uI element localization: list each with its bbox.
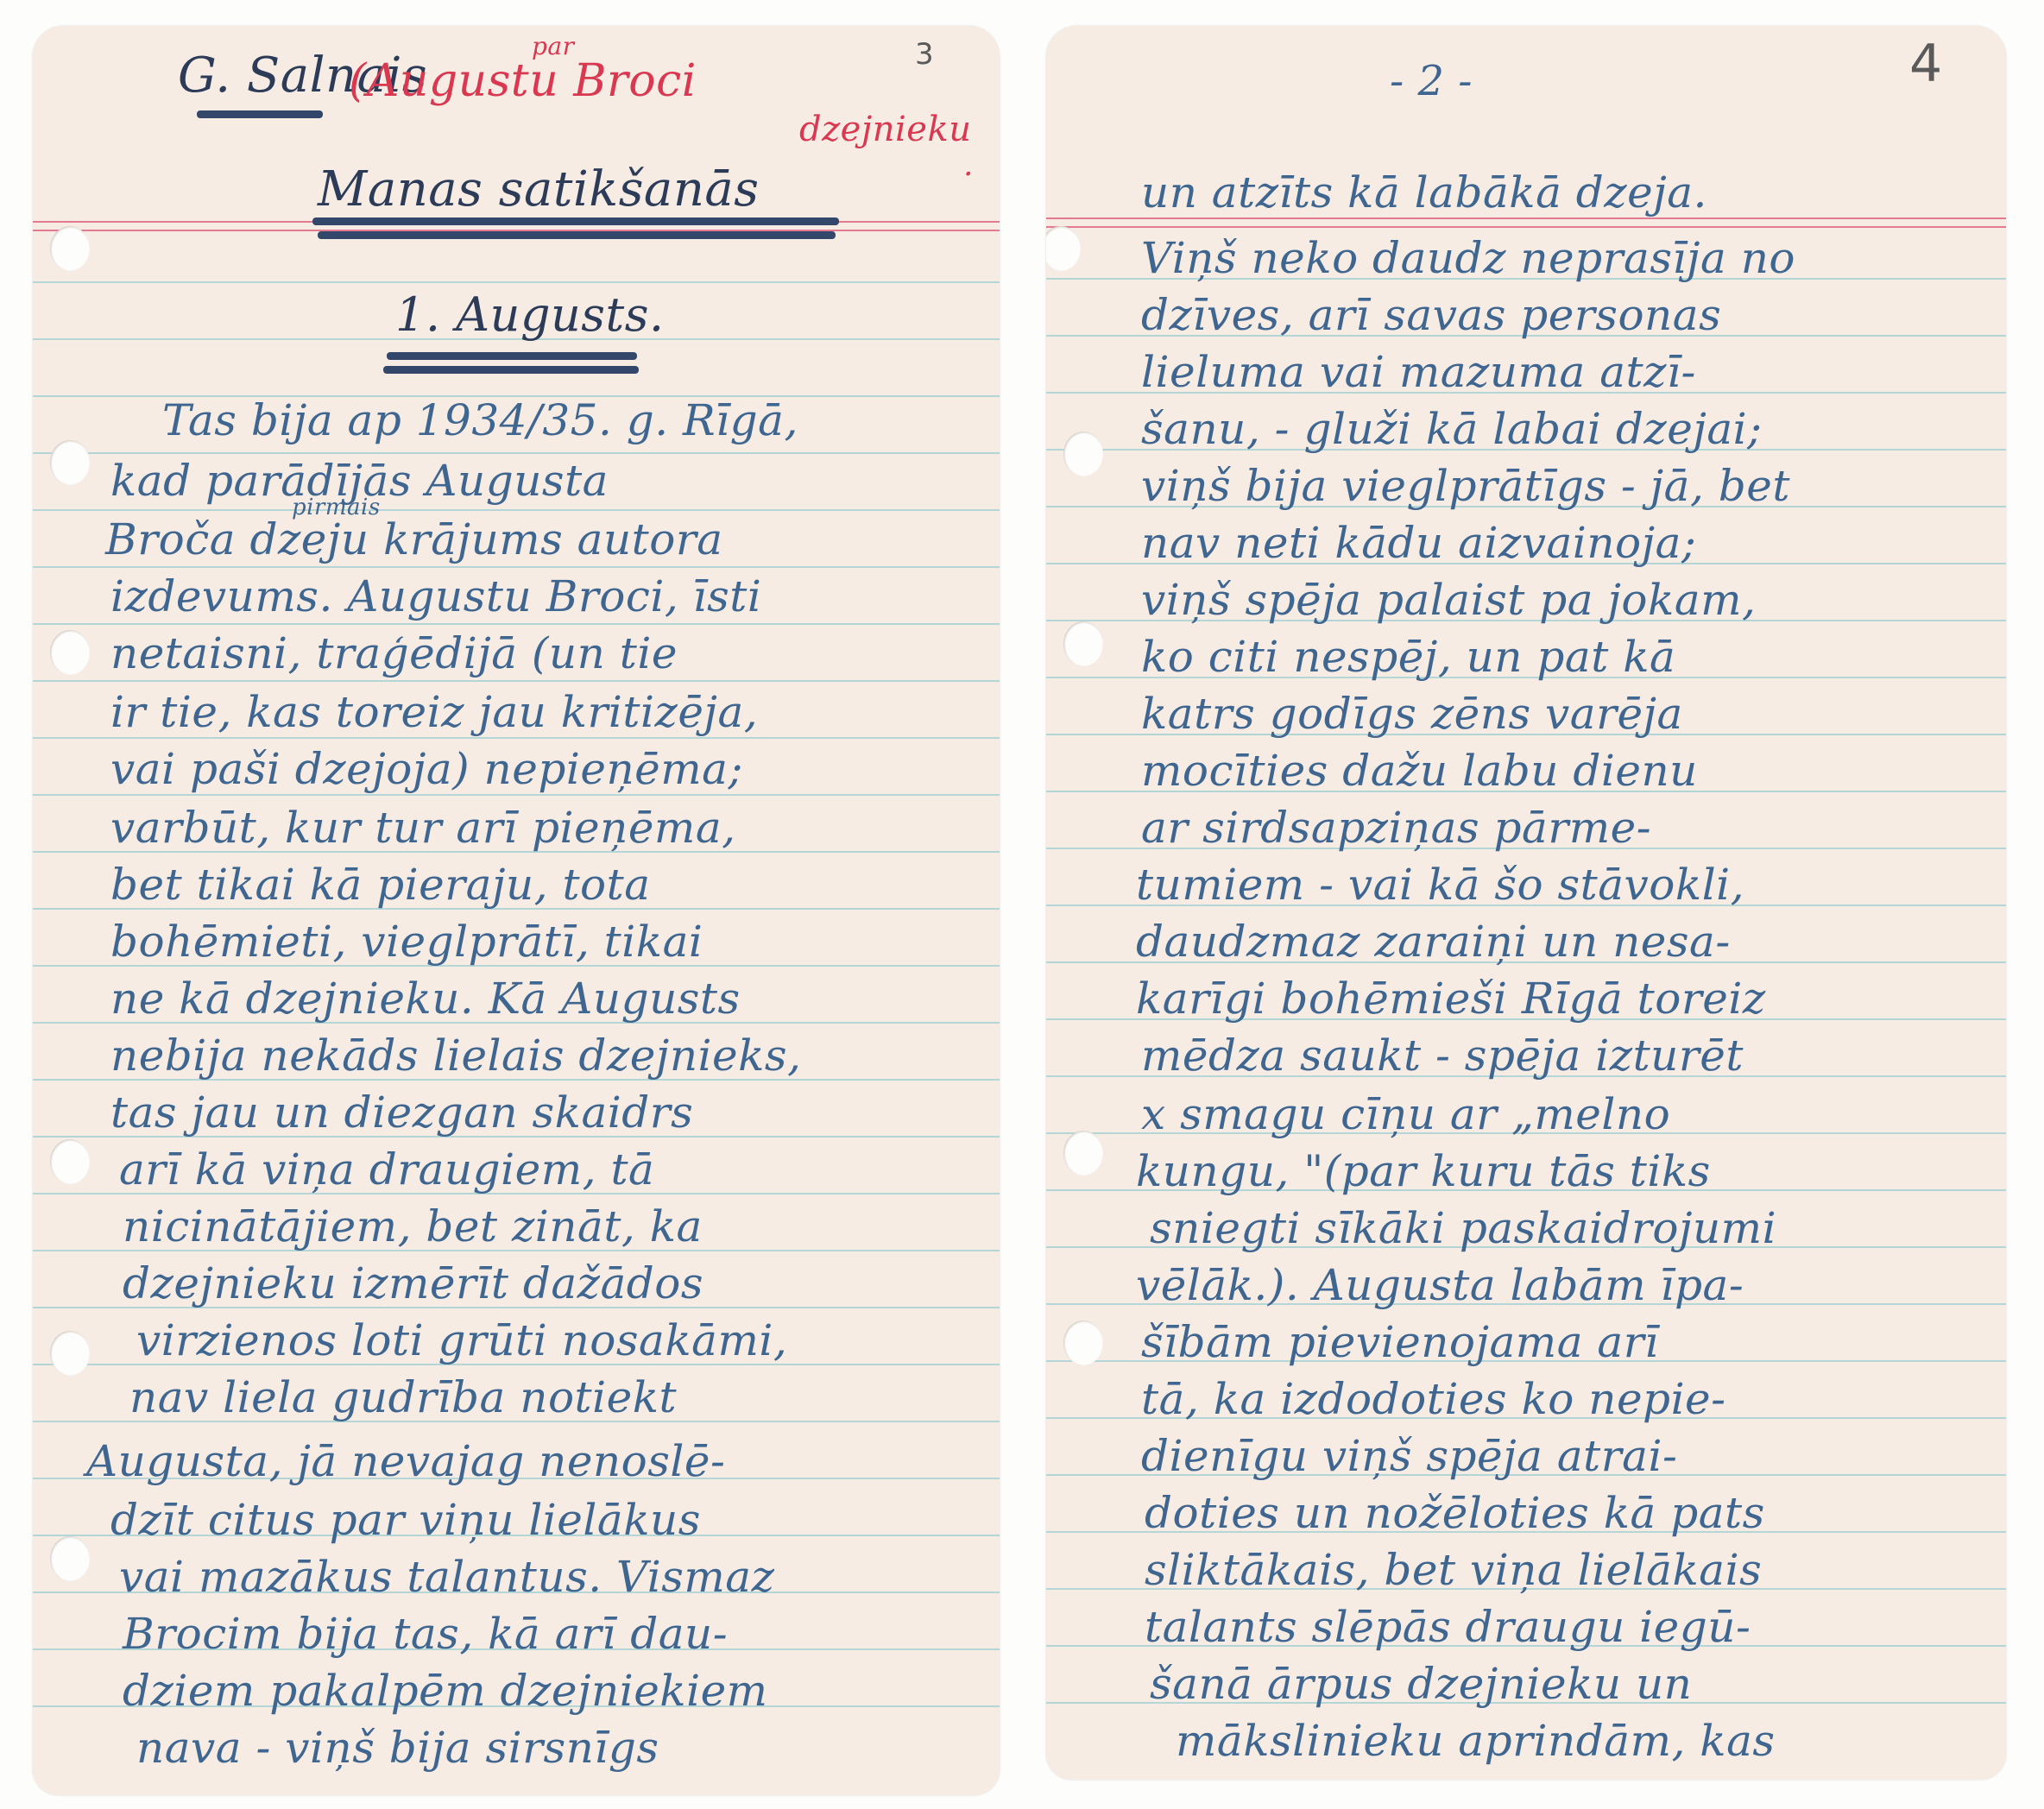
archive-page-number: 4 [1909, 38, 1943, 90]
binder-hole [50, 226, 90, 271]
manuscript-line: dziem pakalpēm dzejniekiem [123, 1669, 768, 1712]
manuscript-line: nebija nekāds lielais dzejnieks, [110, 1034, 801, 1077]
ruled-line [33, 452, 1000, 454]
manuscript-line: kungu, "(par kuru tās tiks [1136, 1150, 1711, 1193]
manuscript-line: katrs godīgs zēns varēja [1141, 692, 1683, 735]
manuscript-line: varbūt, kur tur arī pieņēma, [110, 806, 736, 849]
margin-rule [1046, 217, 2006, 219]
manuscript-line: mākslinieku aprindām, kas [1176, 1719, 1776, 1762]
ruled-line [33, 794, 1000, 796]
ruled-line [33, 737, 1000, 739]
title-underline [312, 217, 839, 225]
red-annotation-line2: dzejnieku [799, 112, 971, 147]
manuscript-page-left: G. Salnais par (Augustu Broci dzejnieku … [33, 26, 1000, 1795]
title-underline [318, 231, 836, 239]
manuscript-line: dienīgu viņš spēja atrai- [1141, 1434, 1677, 1478]
manuscript-line: vai mazākus talantus. Vismaz [119, 1555, 774, 1598]
page-label: - 2 - [1390, 60, 1473, 102]
manuscript-line: karīgi bohēmieši Rīgā toreiz [1136, 977, 1766, 1020]
manuscript-line: x smagu cīņu ar „melno [1141, 1093, 1670, 1136]
manuscript-line: mēdza saukt - spēja izturēt [1141, 1034, 1744, 1077]
manuscript-line: Brocim bija tas, kā arī dau- [123, 1612, 728, 1655]
archive-page-number: 3 [915, 40, 934, 69]
manuscript-line: nava - viņš bija sirsnīgs [136, 1726, 659, 1769]
manuscript-line: mocīties dažu labu dienu [1141, 749, 1698, 792]
manuscript-line: šībām pievienojama arī [1141, 1321, 1659, 1364]
manuscript-line: ar sirdsapziņas pārme- [1141, 806, 1651, 849]
manuscript-line: vēlāk.). Augusta labām īpa- [1136, 1264, 1744, 1307]
ruled-line [33, 623, 1000, 625]
binder-hole [1046, 226, 1081, 271]
manuscript-line: ne kā dzejnieku. Kā Augusts [110, 977, 741, 1020]
manuscript-line: arī kā viņa draugiem, tā [119, 1148, 654, 1191]
manuscript-line: Tas bija ap 1934/35. g. Rīgā, [162, 399, 798, 442]
margin-rule [1046, 226, 2006, 228]
manuscript-line: Broča dzeju krājums autora [105, 518, 723, 561]
ruled-line [33, 281, 1000, 283]
binder-hole [50, 630, 90, 675]
manuscript-line: dzīves, arī savas personas [1141, 293, 1721, 337]
manuscript-line: bohēmieti, vieglprātī, tikai [110, 920, 703, 963]
manuscript-line: viņš spēja palaist pa jokam, [1141, 578, 1756, 621]
manuscript-line: tas jau un diezgan skaidrs [110, 1091, 693, 1134]
manuscript-line: viņš bija vieglprātīgs - jā, bet [1141, 464, 1790, 507]
manuscript-line: sniegti sīkāki paskaidrojumi [1150, 1207, 1776, 1250]
manuscript-line: tā, ka izdodoties ko nepie- [1141, 1377, 1726, 1421]
chapter-underline [383, 366, 639, 374]
manuscript-line: un atzīts kā labākā dzeja. [1141, 171, 1707, 214]
manuscript-line: daudzmaz zaraiņi un nesa- [1136, 920, 1731, 963]
manuscript-line: nav liela gudrība notiekt [129, 1376, 677, 1419]
manuscript-line: kad parādījās Augusta [110, 459, 609, 502]
chapter-underline [387, 352, 637, 360]
manuscript-line: sliktākais, bet viņa lielākais [1145, 1548, 1762, 1592]
binder-hole [1063, 432, 1103, 476]
manuscript-line: talants slēpās draugu iegū- [1145, 1605, 1751, 1648]
ruled-line [33, 509, 1000, 511]
red-annotation-line1: (Augustu Broci [349, 59, 697, 104]
binder-hole [1063, 621, 1103, 666]
manuscript-line: Augusta, jā nevajag nenoslē- [86, 1440, 725, 1483]
manuscript-line: ir tie, kas toreiz jau kritizēja, [110, 690, 758, 734]
manuscript-line: dzīt citus par viņu lielākus [110, 1498, 701, 1541]
manuscript-line: netaisni, traģēdijā (un tie [110, 632, 678, 675]
manuscript-line: dzejnieku izmērīt dažādos [123, 1262, 703, 1305]
binder-hole [50, 1139, 90, 1184]
manuscript-line: vai paši dzejoja) nepieņēma; [110, 747, 743, 791]
manuscript-line: bet tikai kā pieraju, tota [110, 863, 651, 906]
chapter-heading: 1. Augusts. [395, 292, 665, 338]
author-underline [197, 110, 323, 118]
binder-hole [50, 440, 90, 485]
red-annotation-line3: . [963, 150, 974, 181]
binder-hole [1063, 1131, 1103, 1176]
binder-hole [1063, 1321, 1103, 1365]
ruled-line [33, 566, 1000, 568]
manuscript-line: ko citi nespēj, un pat kā [1141, 635, 1675, 678]
manuscript-line: nav neti kādu aizvainoja; [1141, 521, 1696, 564]
manuscript-line: izdevums. Augustu Broci, īsti [110, 575, 761, 618]
manuscript-line: Viņš neko daudz neprasīja no [1141, 236, 1795, 280]
manuscript-line: tumiem - vai kā šo stāvokli, [1136, 863, 1744, 906]
manuscript-line: doties un nožēloties kā pats [1145, 1491, 1765, 1535]
ruled-line [33, 680, 1000, 682]
manuscript-line: lieluma vai mazuma atzī- [1141, 350, 1696, 394]
manuscript-line: nicinātājiem, bet zināt, ka [123, 1205, 703, 1248]
manuscript-page-right: - 2 - 4 un atzīts kā labākā dzeja. Viņš … [1046, 26, 2006, 1780]
binder-hole [50, 1331, 90, 1376]
document-title: Manas satikšanās [318, 166, 760, 214]
manuscript-line: šanu, - gluži kā labai dzejai; [1141, 407, 1762, 451]
manuscript-line: virzienos loti grūti nosakāmi, [136, 1319, 787, 1362]
binder-hole [50, 1536, 90, 1581]
manuscript-line: šanā ārpus dzejnieku un [1150, 1662, 1692, 1705]
